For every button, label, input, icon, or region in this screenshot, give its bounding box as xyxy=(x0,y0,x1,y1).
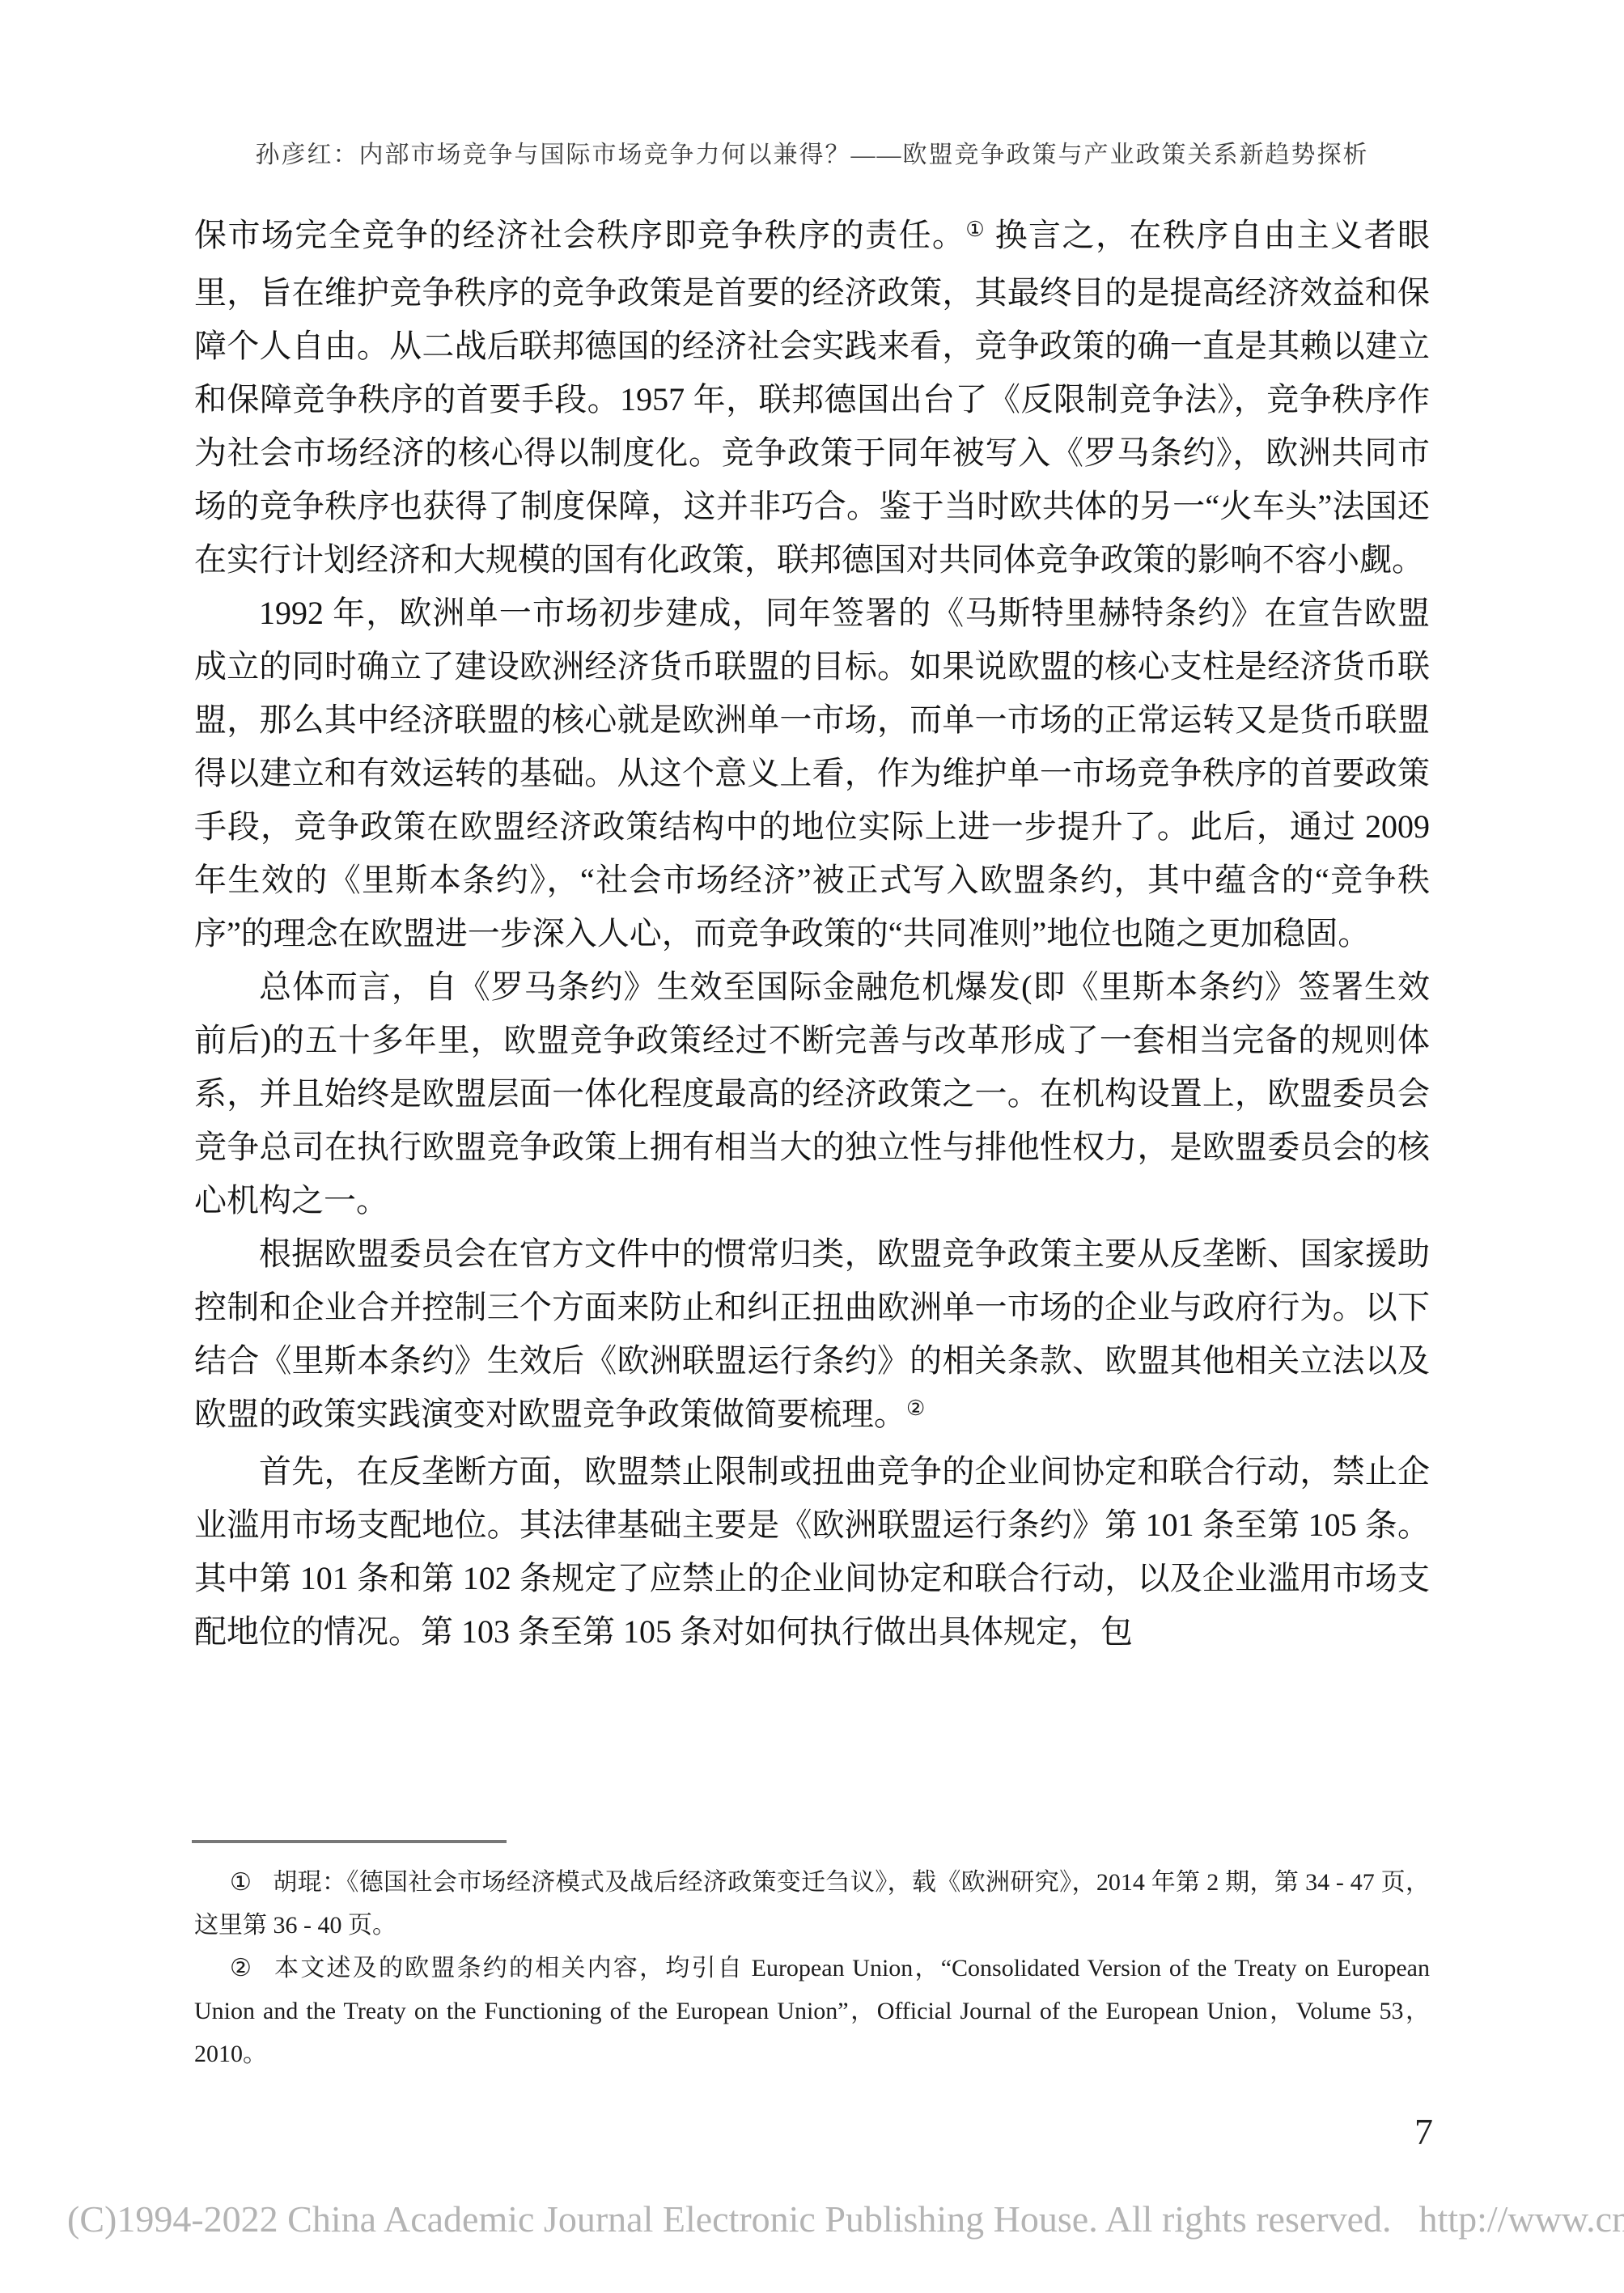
paragraph-text: 保市场完全竞争的经济社会秩序即竞争秩序的责任。 xyxy=(194,217,965,253)
paragraph-text: 根据欧盟委员会在官方文件中的惯常归类，欧盟竞争政策主要从反垄断、国家援助控制和企… xyxy=(194,1236,1430,1432)
paragraph-text: 换言之，在秩序自由主义者眼里，旨在维护竞争秩序的竞争政策是首要的经济政策，其最终… xyxy=(194,217,1430,578)
paragraph: 总体而言，自《罗马条约》生效至国际金融危机爆发(即《里斯本条约》签署生效前后)的… xyxy=(194,960,1430,1227)
watermark: (C)1994-2022 China Academic Journal Elec… xyxy=(67,2198,1624,2240)
watermark-copyright: (C)1994-2022 China Academic Journal Elec… xyxy=(67,2198,1392,2240)
paragraph-text: 首先，在反垄断方面，欧盟禁止限制或扭曲竞争的企业间协定和联合行动，禁止企业滥用市… xyxy=(194,1453,1430,1650)
footnote-item: ②本文述及的欧盟条约的相关内容，均引自 European Union，“Cons… xyxy=(194,1947,1430,2075)
page-number: 7 xyxy=(1414,2110,1433,2153)
paragraph: 保市场完全竞争的经济社会秩序即竞争秩序的责任。① 换言之，在秩序自由主义者眼里，… xyxy=(194,209,1430,587)
paragraph-text: 1992 年，欧洲单一市场初步建成，同年签署的《马斯特里赫特条约》在宣告欧盟成立… xyxy=(194,595,1430,952)
paragraph: 根据欧盟委员会在官方文件中的惯常归类，欧盟竞争政策主要从反垄断、国家援助控制和企… xyxy=(194,1227,1430,1445)
paragraph: 1992 年，欧洲单一市场初步建成，同年签署的《马斯特里赫特条约》在宣告欧盟成立… xyxy=(194,587,1430,960)
footnote-separator xyxy=(192,1840,507,1843)
running-header: 孙彦红：内部市场竞争与国际市场竞争力何以兼得？——欧盟竞争政策与产业政策关系新趋… xyxy=(162,134,1462,170)
footnote-item: ①胡琨：《德国社会市场经济模式及战后经济政策变迁刍议》，载《欧洲研究》，2014… xyxy=(194,1861,1430,1947)
footnote-text: 本文述及的欧盟条约的相关内容，均引自 European Union，“Conso… xyxy=(194,1955,1430,2067)
footnote-marker: ① xyxy=(230,1869,252,1896)
body-text: 保市场完全竞争的经济社会秩序即竞争秩序的责任。① 换言之，在秩序自由主义者眼里，… xyxy=(194,209,1430,1659)
watermark-url: http://www.cnki. xyxy=(1419,2198,1624,2240)
footnote-reference: ② xyxy=(906,1397,925,1420)
paragraph-text: 总体而言，自《罗马条约》生效至国际金融危机爆发(即《里斯本条约》签署生效前后)的… xyxy=(194,968,1430,1219)
paragraph: 首先，在反垄断方面，欧盟禁止限制或扭曲竞争的企业间协定和联合行动，禁止企业滥用市… xyxy=(194,1445,1430,1659)
footnote-text: 胡琨：《德国社会市场经济模式及战后经济政策变迁刍议》，载《欧洲研究》，2014 … xyxy=(194,1869,1430,1939)
footnotes: ①胡琨：《德国社会市场经济模式及战后经济政策变迁刍议》，载《欧洲研究》，2014… xyxy=(194,1861,1430,2075)
page: 孙彦红：内部市场竞争与国际市场竞争力何以兼得？——欧盟竞争政策与产业政策关系新趋… xyxy=(0,0,1624,2293)
footnote-reference: ① xyxy=(965,218,986,241)
footnote-marker: ② xyxy=(230,1955,253,1981)
